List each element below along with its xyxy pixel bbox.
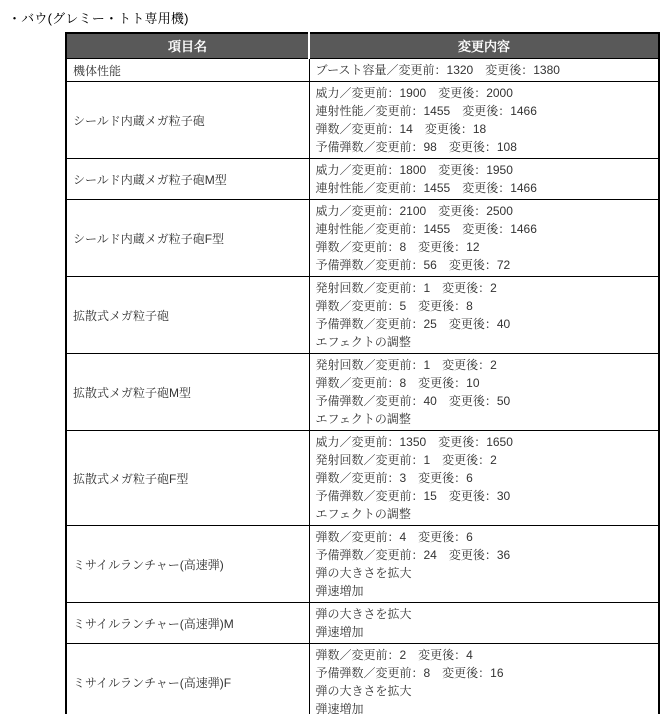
table-row: シールド内蔵メガ粒子砲 威力／変更前：1900 変更後：2000連射性能／変更前… (66, 82, 659, 159)
change-details-cell: 威力／変更前：1900 変更後：2000連射性能／変更前：1455 変更後：14… (309, 82, 659, 159)
change-details-cell: 弾数／変更前：2 変更後：4予備弾数／変更前：8 変更後：16弾の大きさを拡大弾… (309, 644, 659, 714)
change-line: 弾の大きさを拡大 (316, 682, 653, 700)
change-line: 威力／変更前：1800 変更後：1950 (316, 161, 653, 179)
item-name-cell: ミサイルランチャー(高速弾) (66, 526, 309, 603)
change-line: 弾の大きさを拡大 (316, 564, 653, 582)
item-name-cell: シールド内蔵メガ粒子砲 (66, 82, 309, 159)
change-line: 発射回数／変更前：1 変更後：2 (316, 279, 653, 297)
table-row: 拡散式メガ粒子砲F型 威力／変更前：1350 変更後：1650発射回数／変更前：… (66, 431, 659, 526)
change-details-cell: 弾数／変更前：4 変更後：6予備弾数／変更前：24 変更後：36弾の大きさを拡大… (309, 526, 659, 603)
table-row: 拡散式メガ粒子砲 発射回数／変更前：1 変更後：2弾数／変更前：5 変更後：8予… (66, 277, 659, 354)
change-line: 連射性能／変更前：1455 変更後：1466 (316, 220, 653, 238)
change-line: 弾速増加 (316, 700, 653, 714)
table-row: 機体性能 ブースト容量／変更前：1320 変更後：1380 (66, 59, 659, 82)
change-line: 威力／変更前：2100 変更後：2500 (316, 202, 653, 220)
page-title: ・バウ(グレミー・トト専用機) (8, 8, 672, 27)
change-line: 予備弾数／変更前：24 変更後：36 (316, 546, 653, 564)
change-line: 予備弾数／変更前：8 変更後：16 (316, 664, 653, 682)
change-table: 項目名 変更内容 機体性能 ブースト容量／変更前：1320 変更後：1380 シ… (65, 32, 660, 714)
column-header-item-name: 項目名 (66, 33, 309, 59)
change-line: 連射性能／変更前：1455 変更後：1466 (316, 179, 653, 197)
table-row: ミサイルランチャー(高速弾) 弾数／変更前：4 変更後：6予備弾数／変更前：24… (66, 526, 659, 603)
item-name-cell: シールド内蔵メガ粒子砲F型 (66, 200, 309, 277)
change-line: 連射性能／変更前：1455 変更後：1466 (316, 102, 653, 120)
change-line: 弾数／変更前：5 変更後：8 (316, 297, 653, 315)
change-details-cell: 威力／変更前：2100 変更後：2500連射性能／変更前：1455 変更後：14… (309, 200, 659, 277)
change-line: 弾の大きさを拡大 (316, 605, 653, 623)
item-name-cell: ミサイルランチャー(高速弾)M (66, 603, 309, 644)
change-line: 弾数／変更前：8 変更後：10 (316, 374, 653, 392)
change-details-cell: 発射回数／変更前：1 変更後：2弾数／変更前：5 変更後：8予備弾数／変更前：2… (309, 277, 659, 354)
item-name-cell: 拡散式メガ粒子砲M型 (66, 354, 309, 431)
table-row: 拡散式メガ粒子砲M型 発射回数／変更前：1 変更後：2弾数／変更前：8 変更後：… (66, 354, 659, 431)
change-details-cell: 威力／変更前：1800 変更後：1950連射性能／変更前：1455 変更後：14… (309, 159, 659, 200)
table-row: シールド内蔵メガ粒子砲F型 威力／変更前：2100 変更後：2500連射性能／変… (66, 200, 659, 277)
column-header-change-details: 変更内容 (309, 33, 659, 59)
table-head: 項目名 変更内容 (66, 33, 659, 59)
change-line: 予備弾数／変更前：56 変更後：72 (316, 256, 653, 274)
change-line: 弾数／変更前：2 変更後：4 (316, 646, 653, 664)
change-line: ブースト容量／変更前：1320 変更後：1380 (316, 61, 653, 79)
change-line: 予備弾数／変更前：98 変更後：108 (316, 138, 653, 156)
table-body: 機体性能 ブースト容量／変更前：1320 変更後：1380 シールド内蔵メガ粒子… (66, 59, 659, 714)
change-details-cell: 弾の大きさを拡大弾速増加 (309, 603, 659, 644)
change-line: エフェクトの調整 (316, 333, 653, 351)
change-line: 発射回数／変更前：1 変更後：2 (316, 451, 653, 469)
table-row: ミサイルランチャー(高速弾)F 弾数／変更前：2 変更後：4予備弾数／変更前：8… (66, 644, 659, 714)
page: ・バウ(グレミー・トト専用機) 項目名 変更内容 機体性能 ブースト容量／変更前… (0, 8, 672, 714)
table-row: シールド内蔵メガ粒子砲M型 威力／変更前：1800 変更後：1950連射性能／変… (66, 159, 659, 200)
change-details-cell: 威力／変更前：1350 変更後：1650発射回数／変更前：1 変更後：2弾数／変… (309, 431, 659, 526)
item-name-cell: 機体性能 (66, 59, 309, 82)
change-line: 威力／変更前：1350 変更後：1650 (316, 433, 653, 451)
change-line: エフェクトの調整 (316, 505, 653, 523)
item-name-cell: ミサイルランチャー(高速弾)F (66, 644, 309, 714)
change-line: 威力／変更前：1900 変更後：2000 (316, 84, 653, 102)
change-details-cell: ブースト容量／変更前：1320 変更後：1380 (309, 59, 659, 82)
change-line: 予備弾数／変更前：25 変更後：40 (316, 315, 653, 333)
change-details-cell: 発射回数／変更前：1 変更後：2弾数／変更前：8 変更後：10予備弾数／変更前：… (309, 354, 659, 431)
item-name-cell: 拡散式メガ粒子砲 (66, 277, 309, 354)
change-line: 弾数／変更前：4 変更後：6 (316, 528, 653, 546)
change-line: 予備弾数／変更前：40 変更後：50 (316, 392, 653, 410)
item-name-cell: 拡散式メガ粒子砲F型 (66, 431, 309, 526)
table-row: ミサイルランチャー(高速弾)M 弾の大きさを拡大弾速増加 (66, 603, 659, 644)
change-line: エフェクトの調整 (316, 410, 653, 428)
change-line: 弾数／変更前：8 変更後：12 (316, 238, 653, 256)
change-line: 弾数／変更前：14 変更後：18 (316, 120, 653, 138)
change-line: 弾速増加 (316, 623, 653, 641)
table-header-row: 項目名 変更内容 (66, 33, 659, 59)
change-line: 発射回数／変更前：1 変更後：2 (316, 356, 653, 374)
change-line: 弾速増加 (316, 582, 653, 600)
change-line: 予備弾数／変更前：15 変更後：30 (316, 487, 653, 505)
change-line: 弾数／変更前：3 変更後：6 (316, 469, 653, 487)
item-name-cell: シールド内蔵メガ粒子砲M型 (66, 159, 309, 200)
